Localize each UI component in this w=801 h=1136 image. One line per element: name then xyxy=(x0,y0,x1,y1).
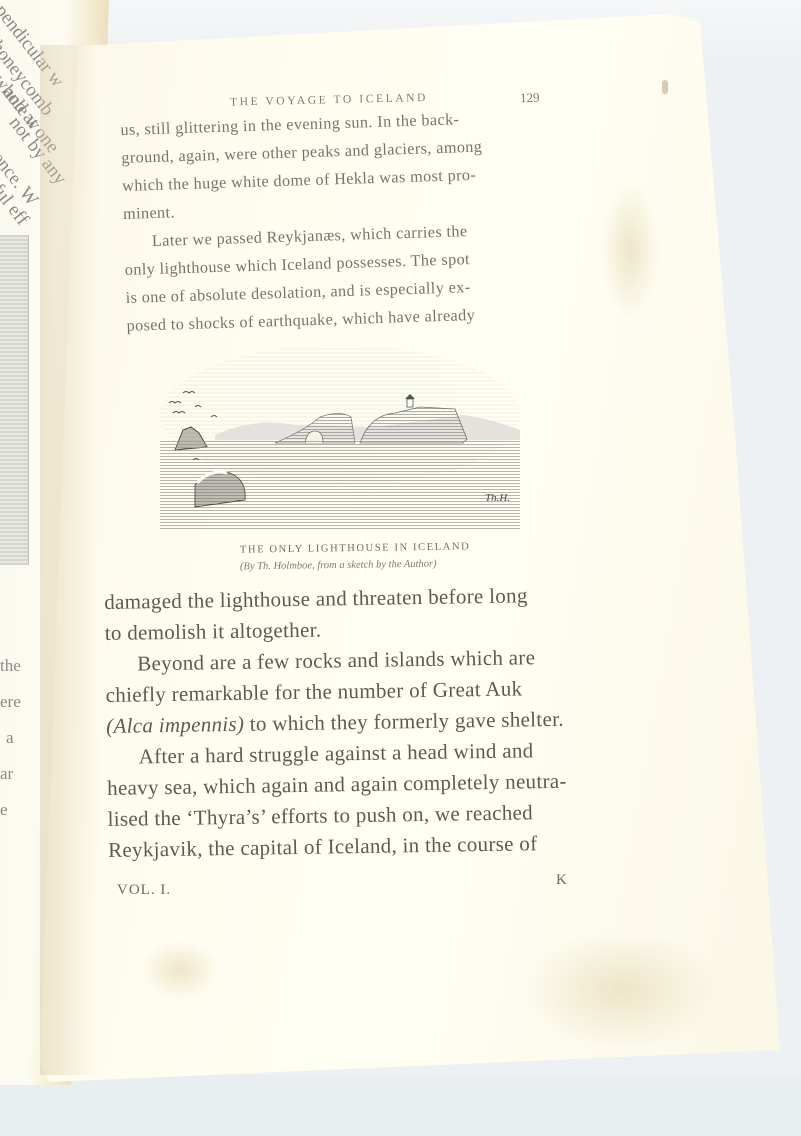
latin-species-name: (Alca impennis) xyxy=(106,712,244,738)
volume-signature: VOL. I. xyxy=(117,882,171,899)
signature-mark: K xyxy=(556,872,567,889)
bottom-text-block: damaged the lighthouse and threaten befo… xyxy=(104,580,568,866)
foxing-stain xyxy=(600,180,660,320)
background-bottom xyxy=(0,1075,801,1136)
page-number: 129 xyxy=(520,90,540,106)
engraver-monogram: Th.H. xyxy=(485,492,510,504)
facing-page-engraving xyxy=(0,235,29,565)
facing-fragment: ar xyxy=(0,756,20,792)
text-line-tail: to which they formerly gave shelter. xyxy=(244,707,564,736)
foxing-stain xyxy=(520,930,720,1050)
facing-page-margin-text: the ere a ar e xyxy=(0,648,20,828)
facing-fragment: ere xyxy=(0,684,20,720)
facing-fragment: a xyxy=(0,720,20,756)
facing-fragment: e xyxy=(0,792,20,828)
top-text-block: us, still glittering in the evening sun.… xyxy=(120,105,488,340)
foxing-stain xyxy=(140,940,220,1000)
edge-stain xyxy=(662,80,668,94)
lighthouse-engraving: Th.H. xyxy=(155,335,525,530)
facing-fragment: the xyxy=(0,648,20,684)
